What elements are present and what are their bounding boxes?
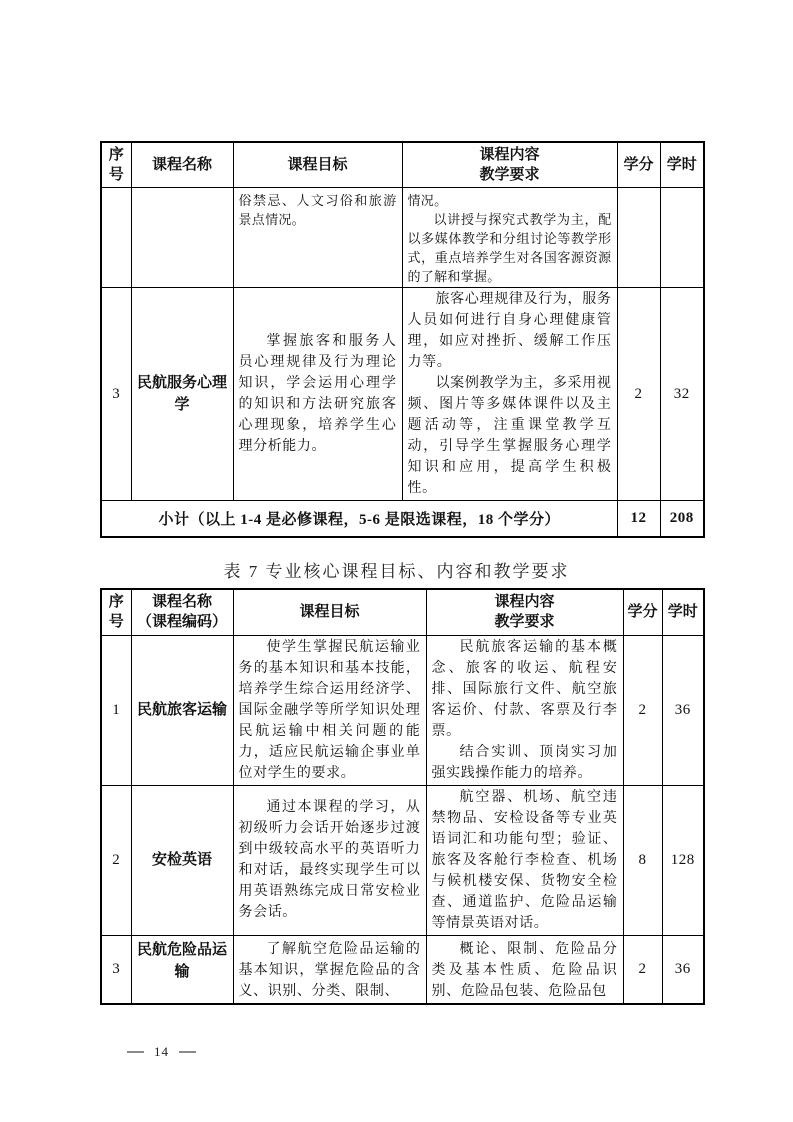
- table1-header-course-content: 课程内容 教学要求: [402, 142, 617, 188]
- subtotal-label: 小计（以上 1-4 是必修课程，5-6 是限选课程，18 个学分）: [101, 501, 617, 537]
- course-table-core: 序号 课程名称 （课程编码） 课程目标 课程内容 教学要求 学分 学时 1 民航…: [100, 588, 705, 1005]
- row-goal-cell: 掌握旅客和服务人员心理规律及行为理论知识，学会运用心理学的知识和方法研究旅客心理…: [233, 288, 402, 501]
- table2-header-credits: 学分: [623, 589, 662, 635]
- row-credits: 8: [623, 785, 662, 935]
- content-paragraph: 航空器、机场、航空违禁物品、安检设备等专业英语词汇和功能句型；验证、旅客及客舱行…: [432, 787, 618, 934]
- page-footer: 14: [127, 1044, 196, 1060]
- row-content-cell: 旅客心理规律及行为，服务人员如何进行自身心理健康管理，如应对挫折、缓解工作压力等…: [402, 288, 617, 501]
- content-paragraph: 以案例教学为主，多采用视频、图片等多媒体课件以及主题活动等，注重课堂教学互动，引…: [408, 373, 612, 499]
- table2-row-passenger-transport: 1 民航旅客运输 使学生掌握民航运输业务的基本知识和基本技能，培养学生综合运用经…: [101, 635, 704, 785]
- carryover-credits-cell-empty: [617, 188, 660, 288]
- row-credits: 2: [623, 935, 662, 1004]
- row-course-name: 民航服务心理学: [131, 288, 233, 501]
- table1-header-credits: 学分: [617, 142, 660, 188]
- goal-paragraph: 使学生掌握民航运输业务的基本知识和基本技能，培养学生综合运用经济学、国际金融学等…: [239, 637, 421, 784]
- table1-header-course-goal: 课程目标: [233, 142, 402, 188]
- table7-caption: 表 7 专业核心课程目标、内容和教学要求: [0, 557, 793, 582]
- content-paragraph: 旅客心理规律及行为，服务人员如何进行自身心理健康管理，如应对挫折、缓解工作压力等…: [408, 289, 612, 373]
- subtotal-credits: 12: [617, 501, 660, 537]
- row-hours: 128: [662, 785, 704, 935]
- row-seq: 3: [101, 288, 131, 501]
- table2-header-content-line2: 教学要求: [428, 612, 622, 632]
- goal-paragraph: 俗禁忌、人文习俗和旅游景点情况。: [239, 191, 397, 229]
- table2-header-course-goal: 课程目标: [233, 589, 426, 635]
- content-paragraph: 概论、限制、危险品分类及基本性质、危险品识别、危险品包装、危险品包: [432, 939, 618, 1002]
- carryover-name-cell-empty: [131, 188, 233, 288]
- page-number: 14: [154, 1044, 169, 1060]
- subtotal-hours: 208: [660, 501, 704, 537]
- clipped-text: 概论、限制、危险品分类及基本性质、危险品识别、危险品包装、危险品包: [432, 939, 618, 1002]
- table1-carryover-row: 俗禁忌、人文习俗和旅游景点情况。 情况。 以讲授与探究式教学为主，配以多媒体教学…: [101, 188, 704, 288]
- content-paragraph: 民航旅客运输的基本概念、旅客的收运、航程安排、国际旅行文件、航空旅客运价、付款、…: [432, 637, 618, 742]
- goal-paragraph: 掌握旅客和服务人员心理规律及行为理论知识，学会运用心理学的知识和方法研究旅客心理…: [239, 331, 397, 457]
- table1-subtotal-row: 小计（以上 1-4 是必修课程，5-6 是限选课程，18 个学分） 12 208: [101, 501, 704, 537]
- row-content-cell: 概论、限制、危险品分类及基本性质、危险品识别、危险品包装、危险品包: [426, 935, 623, 1004]
- row-goal-cell: 使学生掌握民航运输业务的基本知识和基本技能，培养学生综合运用经济学、国际金融学等…: [233, 635, 426, 785]
- row-course-name: 安检英语: [131, 785, 233, 935]
- carryover-hours-cell-empty: [660, 188, 704, 288]
- row-credits: 2: [617, 288, 660, 501]
- row-course-name: 民航旅客运输: [131, 635, 233, 785]
- table2-header-course-content: 课程内容 教学要求: [426, 589, 623, 635]
- table1-header-seq: 序号: [101, 142, 131, 188]
- row-seq: 1: [101, 635, 131, 785]
- table2-header-name-line2: （课程编码）: [133, 612, 232, 632]
- table2-header-course-name: 课程名称 （课程编码）: [131, 589, 233, 635]
- row-goal-cell: 通过本课程的学习，从初级听力会话开始逐步过渡到中级较高水平的英语听力和对话，最终…: [233, 785, 426, 935]
- row-content-cell: 民航旅客运输的基本概念、旅客的收运、航程安排、国际旅行文件、航空旅客运价、付款、…: [426, 635, 623, 785]
- row-hours: 36: [662, 935, 704, 1004]
- row-goal-cell: 了解航空危险品运输的基本知识，掌握危险品的含义、识别、分类、限制、: [233, 935, 426, 1004]
- carryover-seq-cell-empty: [101, 188, 131, 288]
- row-hours: 32: [660, 288, 704, 501]
- content-paragraph: 以讲授与探究式教学为主，配以多媒体教学和分组讨论等教学形式，重点培养学生对各国客…: [408, 210, 612, 286]
- course-table-elective: 序号 课程名称 课程目标 课程内容 教学要求 学分 学时 俗禁忌、人文习俗和旅游…: [100, 141, 705, 538]
- table1-header-hours: 学时: [660, 142, 704, 188]
- table1-header-content-line1: 课程内容: [404, 145, 616, 165]
- row-credits: 2: [623, 635, 662, 785]
- table1-row-psychology: 3 民航服务心理学 掌握旅客和服务人员心理规律及行为理论知识，学会运用心理学的知…: [101, 288, 704, 501]
- footer-dash-right: [179, 1051, 196, 1053]
- table2-row-security-english: 2 安检英语 通过本课程的学习，从初级听力会话开始逐步过渡到中级较高水平的英语听…: [101, 785, 704, 935]
- goal-paragraph: 通过本课程的学习，从初级听力会话开始逐步过渡到中级较高水平的英语听力和对话，最终…: [239, 797, 421, 923]
- table1-header-content-line2: 教学要求: [404, 165, 616, 185]
- row-content-cell: 航空器、机场、航空违禁物品、安检设备等专业英语词汇和功能句型；验证、旅客及客舱行…: [426, 785, 623, 935]
- clipped-text: 了解航空危险品运输的基本知识，掌握危险品的含义、识别、分类、限制、: [239, 939, 421, 1002]
- content-paragraph: 情况。: [408, 191, 612, 210]
- table1-header-course-name: 课程名称: [131, 142, 233, 188]
- content-paragraph: 结合实训、顶岗实习加强实践操作能力的培养。: [432, 742, 618, 784]
- row-seq: 2: [101, 785, 131, 935]
- table2-header-content-line1: 课程内容: [428, 592, 622, 612]
- table1-header-row: 序号 课程名称 课程目标 课程内容 教学要求 学分 学时: [101, 142, 704, 188]
- row-seq: 3: [101, 935, 131, 1004]
- carryover-content-cell: 情况。 以讲授与探究式教学为主，配以多媒体教学和分组讨论等教学形式，重点培养学生…: [402, 188, 617, 288]
- table2-header-hours: 学时: [662, 589, 704, 635]
- row-hours: 36: [662, 635, 704, 785]
- footer-dash-left: [127, 1051, 144, 1053]
- table2-header-name-line1: 课程名称: [133, 592, 232, 612]
- table2-row-dangerous-goods: 3 民航危险品运输 了解航空危险品运输的基本知识，掌握危险品的含义、识别、分类、…: [101, 935, 704, 1004]
- goal-paragraph: 了解航空危险品运输的基本知识，掌握危险品的含义、识别、分类、限制、: [239, 939, 421, 1002]
- table2-header-seq: 序号: [101, 589, 131, 635]
- table2-header-row: 序号 课程名称 （课程编码） 课程目标 课程内容 教学要求 学分 学时: [101, 589, 704, 635]
- carryover-goal-cell: 俗禁忌、人文习俗和旅游景点情况。: [233, 188, 402, 288]
- row-course-name: 民航危险品运输: [131, 935, 233, 1004]
